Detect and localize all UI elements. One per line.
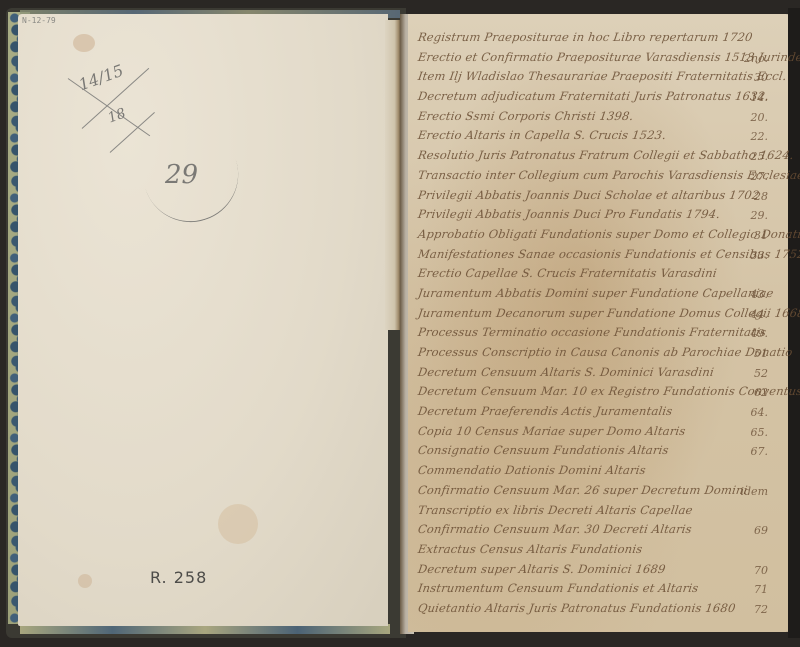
entry-page-number: 31 [754, 229, 768, 242]
index-entry: Confirmatio Censuum Mar. 26 super Decret… [418, 483, 788, 503]
index-entry: Erectio Ssmi Corporis Christi 1398.20. [418, 109, 788, 129]
entry-page-number: 14. [751, 91, 769, 104]
entry-text: Privilegii Abbatis Joannis Duci Scholae … [417, 188, 760, 202]
index-entry: Erectio Altaris in Capella S. Crucis 152… [418, 128, 788, 148]
corner-shelf-mark: N-12-79 [22, 16, 56, 25]
entry-text: Decretum Censuum Mar. 10 ex Registro Fun… [417, 384, 800, 398]
entry-page-number: 51 [754, 347, 768, 360]
entry-page-number: 69 [754, 524, 768, 537]
entry-page-number: 70 [754, 564, 768, 577]
index-entry: Transactio inter Collegium cum Parochis … [418, 168, 788, 188]
entry-page-number: 72 [754, 603, 768, 616]
foxing-stain [78, 574, 92, 588]
call-number: R. 258 [150, 568, 207, 587]
entry-text: Decretum Censuum Altaris S. Dominici Var… [417, 365, 715, 379]
entry-text: Decretum super Altaris S. Dominici 1689 [417, 562, 667, 576]
index-entry: Approbatio Obligati Fundationis super Do… [418, 227, 788, 247]
entry-page-number: 49. [751, 327, 769, 340]
entry-text: Approbatio Obligati Fundationis super Do… [417, 227, 800, 241]
index-entry: Erectio et Confirmatio Praepositurae Var… [418, 50, 788, 70]
index-entry: Erectio Capellae S. Crucis Fraternitatis… [418, 266, 788, 286]
index-entry: Privilegii Abbatis Joannis Duci Pro Fund… [418, 207, 788, 227]
folded-flyleaf-edge [385, 20, 401, 330]
entry-text: Erectio Capellae S. Crucis Fraternitatis… [417, 266, 718, 280]
entry-text: Consignatio Censuum Fundationis Altaris [417, 443, 670, 457]
index-entry: Processus Terminatio occasione Fundation… [418, 325, 788, 345]
index-entry: Decretum Censuum Altaris S. Dominici Var… [418, 365, 788, 385]
entry-page-number: 25. [751, 150, 769, 163]
entry-text: Instrumentum Censuum Fundationis et Alta… [417, 581, 699, 595]
entry-page-number: 2no. [744, 52, 768, 65]
index-entry: Copia 10 Census Mariae super Domo Altari… [418, 424, 788, 444]
entry-text: Commendatio Dationis Domini Altaris [417, 463, 647, 477]
index-entry: Juramentum Decanorum super Fundatione Do… [418, 306, 788, 326]
entry-page-number: 44. [751, 308, 769, 321]
entry-page-number: 43. [751, 288, 769, 301]
entry-text: Copia 10 Census Mariae super Domo Altari… [417, 424, 687, 438]
index-entry: Juramentum Abbatis Domini super Fundatio… [418, 286, 788, 306]
entry-text: Item Ilj Wladislao Thesaurariae Praeposi… [417, 69, 788, 83]
entry-text: Erectio Altaris in Capella S. Crucis 152… [417, 128, 667, 142]
entry-text: Registrum Praepositurae in hoc Libro rep… [417, 30, 754, 44]
index-entry: Decretum Praeferendis Actis Juramentalis… [418, 404, 788, 424]
entry-text: Transcriptio ex libris Decreti Altaris C… [417, 503, 694, 517]
entry-text: Juramentum Abbatis Domini super Fundatio… [417, 286, 775, 300]
index-entry: Commendatio Dationis Domini Altaris [418, 463, 788, 483]
entry-text: Quietantio Altaris Juris Patronatus Fund… [417, 601, 736, 615]
index-entry: Quietantio Altaris Juris Patronatus Fund… [418, 601, 788, 621]
index-entry: Decretum super Altaris S. Dominici 16897… [418, 562, 788, 582]
entry-text: Decretum adjudicatum Fraternitati Juris … [417, 89, 770, 103]
index-entry: Processus Conscriptio in Causa Canonis a… [418, 345, 788, 365]
entry-text: Resolutio Juris Patronatus Fratrum Colle… [417, 148, 795, 162]
left-flyleaf-page [18, 14, 388, 626]
entry-text: Extractus Census Altaris Fundationis [417, 542, 643, 556]
entry-page-number: 71 [754, 583, 768, 596]
open-manuscript-book: N-12-79 14/15 18 29 R. 258 Registrum Pra… [0, 0, 800, 647]
entry-text: Decretum Praeferendis Actis Juramentalis [417, 404, 673, 418]
entry-text: Confirmatio Censuum Mar. 30 Decreti Alta… [417, 522, 693, 536]
entry-page-number: 33. [751, 249, 769, 262]
index-entry: Instrumentum Censuum Fundationis et Alta… [418, 581, 788, 601]
entry-page-number: 64. [751, 406, 769, 419]
entry-page-number: 62 [754, 386, 768, 399]
manuscript-index-list: Registrum Praepositurae in hoc Libro rep… [418, 30, 788, 621]
entry-page-number: 27. [751, 170, 769, 183]
index-entry: Registrum Praepositurae in hoc Libro rep… [418, 30, 788, 50]
entry-text: Processus Terminatio occasione Fundation… [417, 325, 767, 339]
background-edge [788, 8, 800, 638]
entry-text: Processus Conscriptio in Causa Canonis a… [417, 345, 794, 359]
entry-page-number: 52 [754, 367, 768, 380]
index-entry: Item Ilj Wladislao Thesaurariae Praeposi… [418, 69, 788, 89]
entry-text: Juramentum Decanorum super Fundatione Do… [417, 306, 800, 320]
index-entry: Decretum Censuum Mar. 10 ex Registro Fun… [418, 384, 788, 404]
foxing-stain [218, 504, 258, 544]
entry-page-number: 28 [754, 190, 768, 203]
index-entry: Transcriptio ex libris Decreti Altaris C… [418, 503, 788, 523]
entry-text: Erectio et Confirmatio Praepositurae Var… [417, 50, 800, 64]
index-entry: Resolutio Juris Patronatus Fratrum Colle… [418, 148, 788, 168]
index-entry: Confirmatio Censuum Mar. 30 Decreti Alta… [418, 522, 788, 542]
entry-page-number: 29. [751, 209, 769, 222]
entry-page-number: 67. [751, 445, 769, 458]
index-entry: Manifestationes Sanae occasionis Fundati… [418, 247, 788, 267]
foxing-stain [73, 34, 95, 52]
entry-text: Erectio Ssmi Corporis Christi 1398. [417, 109, 634, 123]
entry-text: Privilegii Abbatis Joannis Duci Pro Fund… [417, 207, 721, 221]
entry-text: Transactio inter Collegium cum Parochis … [417, 168, 800, 182]
entry-page-number: idem [741, 485, 769, 498]
entry-text: Confirmatio Censuum Mar. 26 super Decret… [417, 483, 749, 497]
entry-page-number: 30 [754, 71, 768, 84]
index-entry: Consignatio Censuum Fundationis Altaris6… [418, 443, 788, 463]
entry-page-number: 20. [751, 111, 769, 124]
entry-text: Manifestationes Sanae occasionis Fundati… [417, 247, 800, 261]
entry-page-number: 65. [751, 426, 769, 439]
index-entry: Decretum adjudicatum Fraternitati Juris … [418, 89, 788, 109]
index-entry: Extractus Census Altaris Fundationis [418, 542, 788, 562]
index-entry: Privilegii Abbatis Joannis Duci Scholae … [418, 188, 788, 208]
entry-page-number: 22. [751, 130, 769, 143]
